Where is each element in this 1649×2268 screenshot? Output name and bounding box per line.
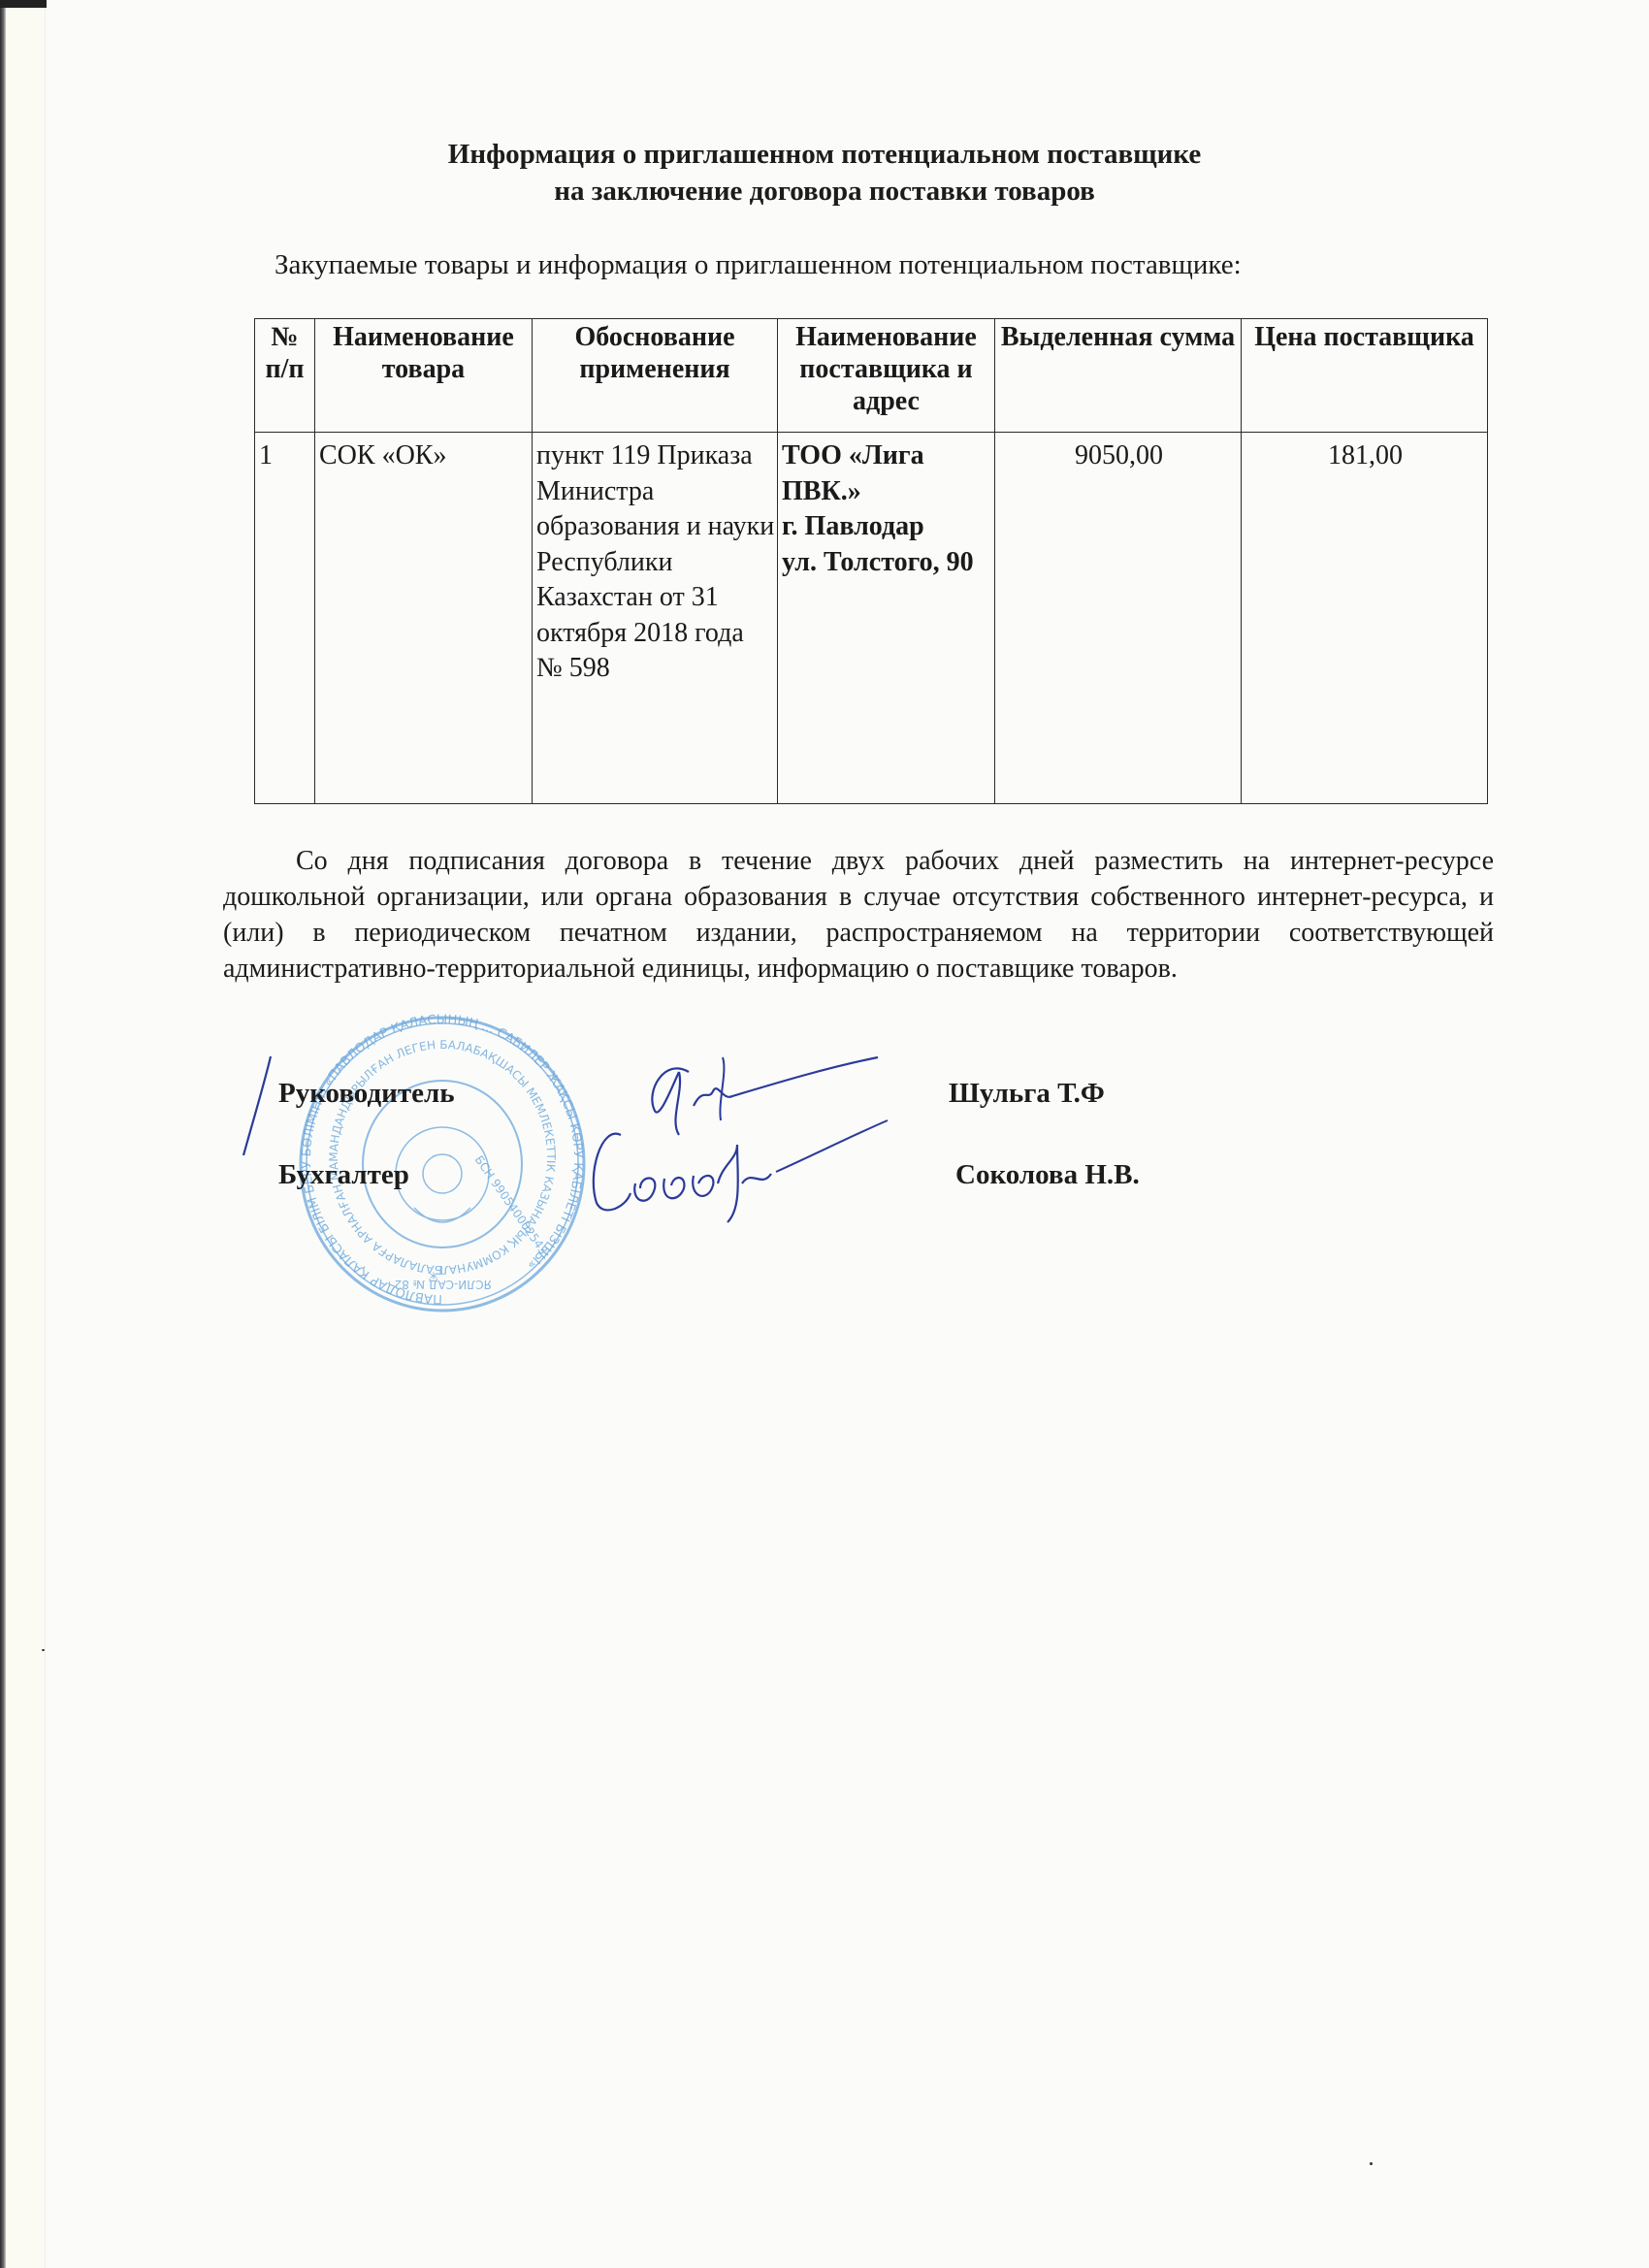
svg-text:ЯСЛИ-САД № 82: ЯСЛИ-САД № 82 bbox=[395, 1278, 492, 1291]
scan-speck bbox=[42, 1649, 45, 1651]
supplier-city: г. Павлодар bbox=[782, 509, 992, 545]
accountant-role-label: Бухгалтер bbox=[278, 1159, 409, 1191]
header-basis: Обоснование применения bbox=[533, 319, 778, 433]
cell-basis: пункт 119 Приказа Министра образования и… bbox=[533, 433, 778, 804]
scan-edge-top bbox=[0, 0, 47, 8]
header-supplier-price: Цена поставщика bbox=[1242, 319, 1488, 433]
supplier-name: ТОО «Лига ПВК.» bbox=[782, 438, 992, 509]
header-product: Наименование товара bbox=[315, 319, 533, 433]
supplier-street: ул. Толстого, 90 bbox=[782, 545, 992, 581]
table-row: 1 СОК «ОК» пункт 119 Приказа Министра об… bbox=[255, 433, 1488, 804]
header-supplier: Наименование поставщика и адрес bbox=[778, 319, 995, 433]
cell-supplier: ТОО «Лига ПВК.» г. Павлодар ул. Толстого… bbox=[778, 433, 995, 804]
goods-table: № п/п Наименование товара Обоснование пр… bbox=[254, 318, 1488, 804]
title-line-1: Информация о приглашенном потенциальном … bbox=[0, 136, 1649, 173]
intro-text: Закупаемые товары и информация о приглаш… bbox=[275, 247, 1242, 282]
scan-margin-strip bbox=[6, 8, 46, 2268]
director-role-label: Руководитель bbox=[278, 1078, 455, 1110]
document-title: Информация о приглашенном потенциальном … bbox=[0, 136, 1649, 210]
header-num: № п/п bbox=[255, 319, 315, 433]
svg-text:*: * bbox=[430, 1269, 437, 1287]
cell-supplier-price: 181,00 bbox=[1242, 433, 1488, 804]
header-allocated-amount: Выделенная сумма bbox=[995, 319, 1242, 433]
cell-num: 1 bbox=[255, 433, 315, 804]
director-name: Шульга Т.Ф bbox=[949, 1078, 1105, 1110]
director-initial-stroke-icon bbox=[238, 1053, 276, 1159]
placement-notice-paragraph: Со дня подписания договора в течение дву… bbox=[223, 843, 1494, 987]
accountant-name: Соколова Н.В. bbox=[955, 1159, 1140, 1191]
accountant-signature-icon bbox=[582, 1116, 892, 1232]
scan-speck bbox=[1370, 2162, 1373, 2165]
cell-product: СОК «ОК» bbox=[315, 433, 533, 804]
cell-allocated-amount: 9050,00 bbox=[995, 433, 1242, 804]
table-header-row: № п/п Наименование товара Обоснование пр… bbox=[255, 319, 1488, 433]
title-line-2: на заключение договора поставки товаров bbox=[0, 173, 1649, 210]
